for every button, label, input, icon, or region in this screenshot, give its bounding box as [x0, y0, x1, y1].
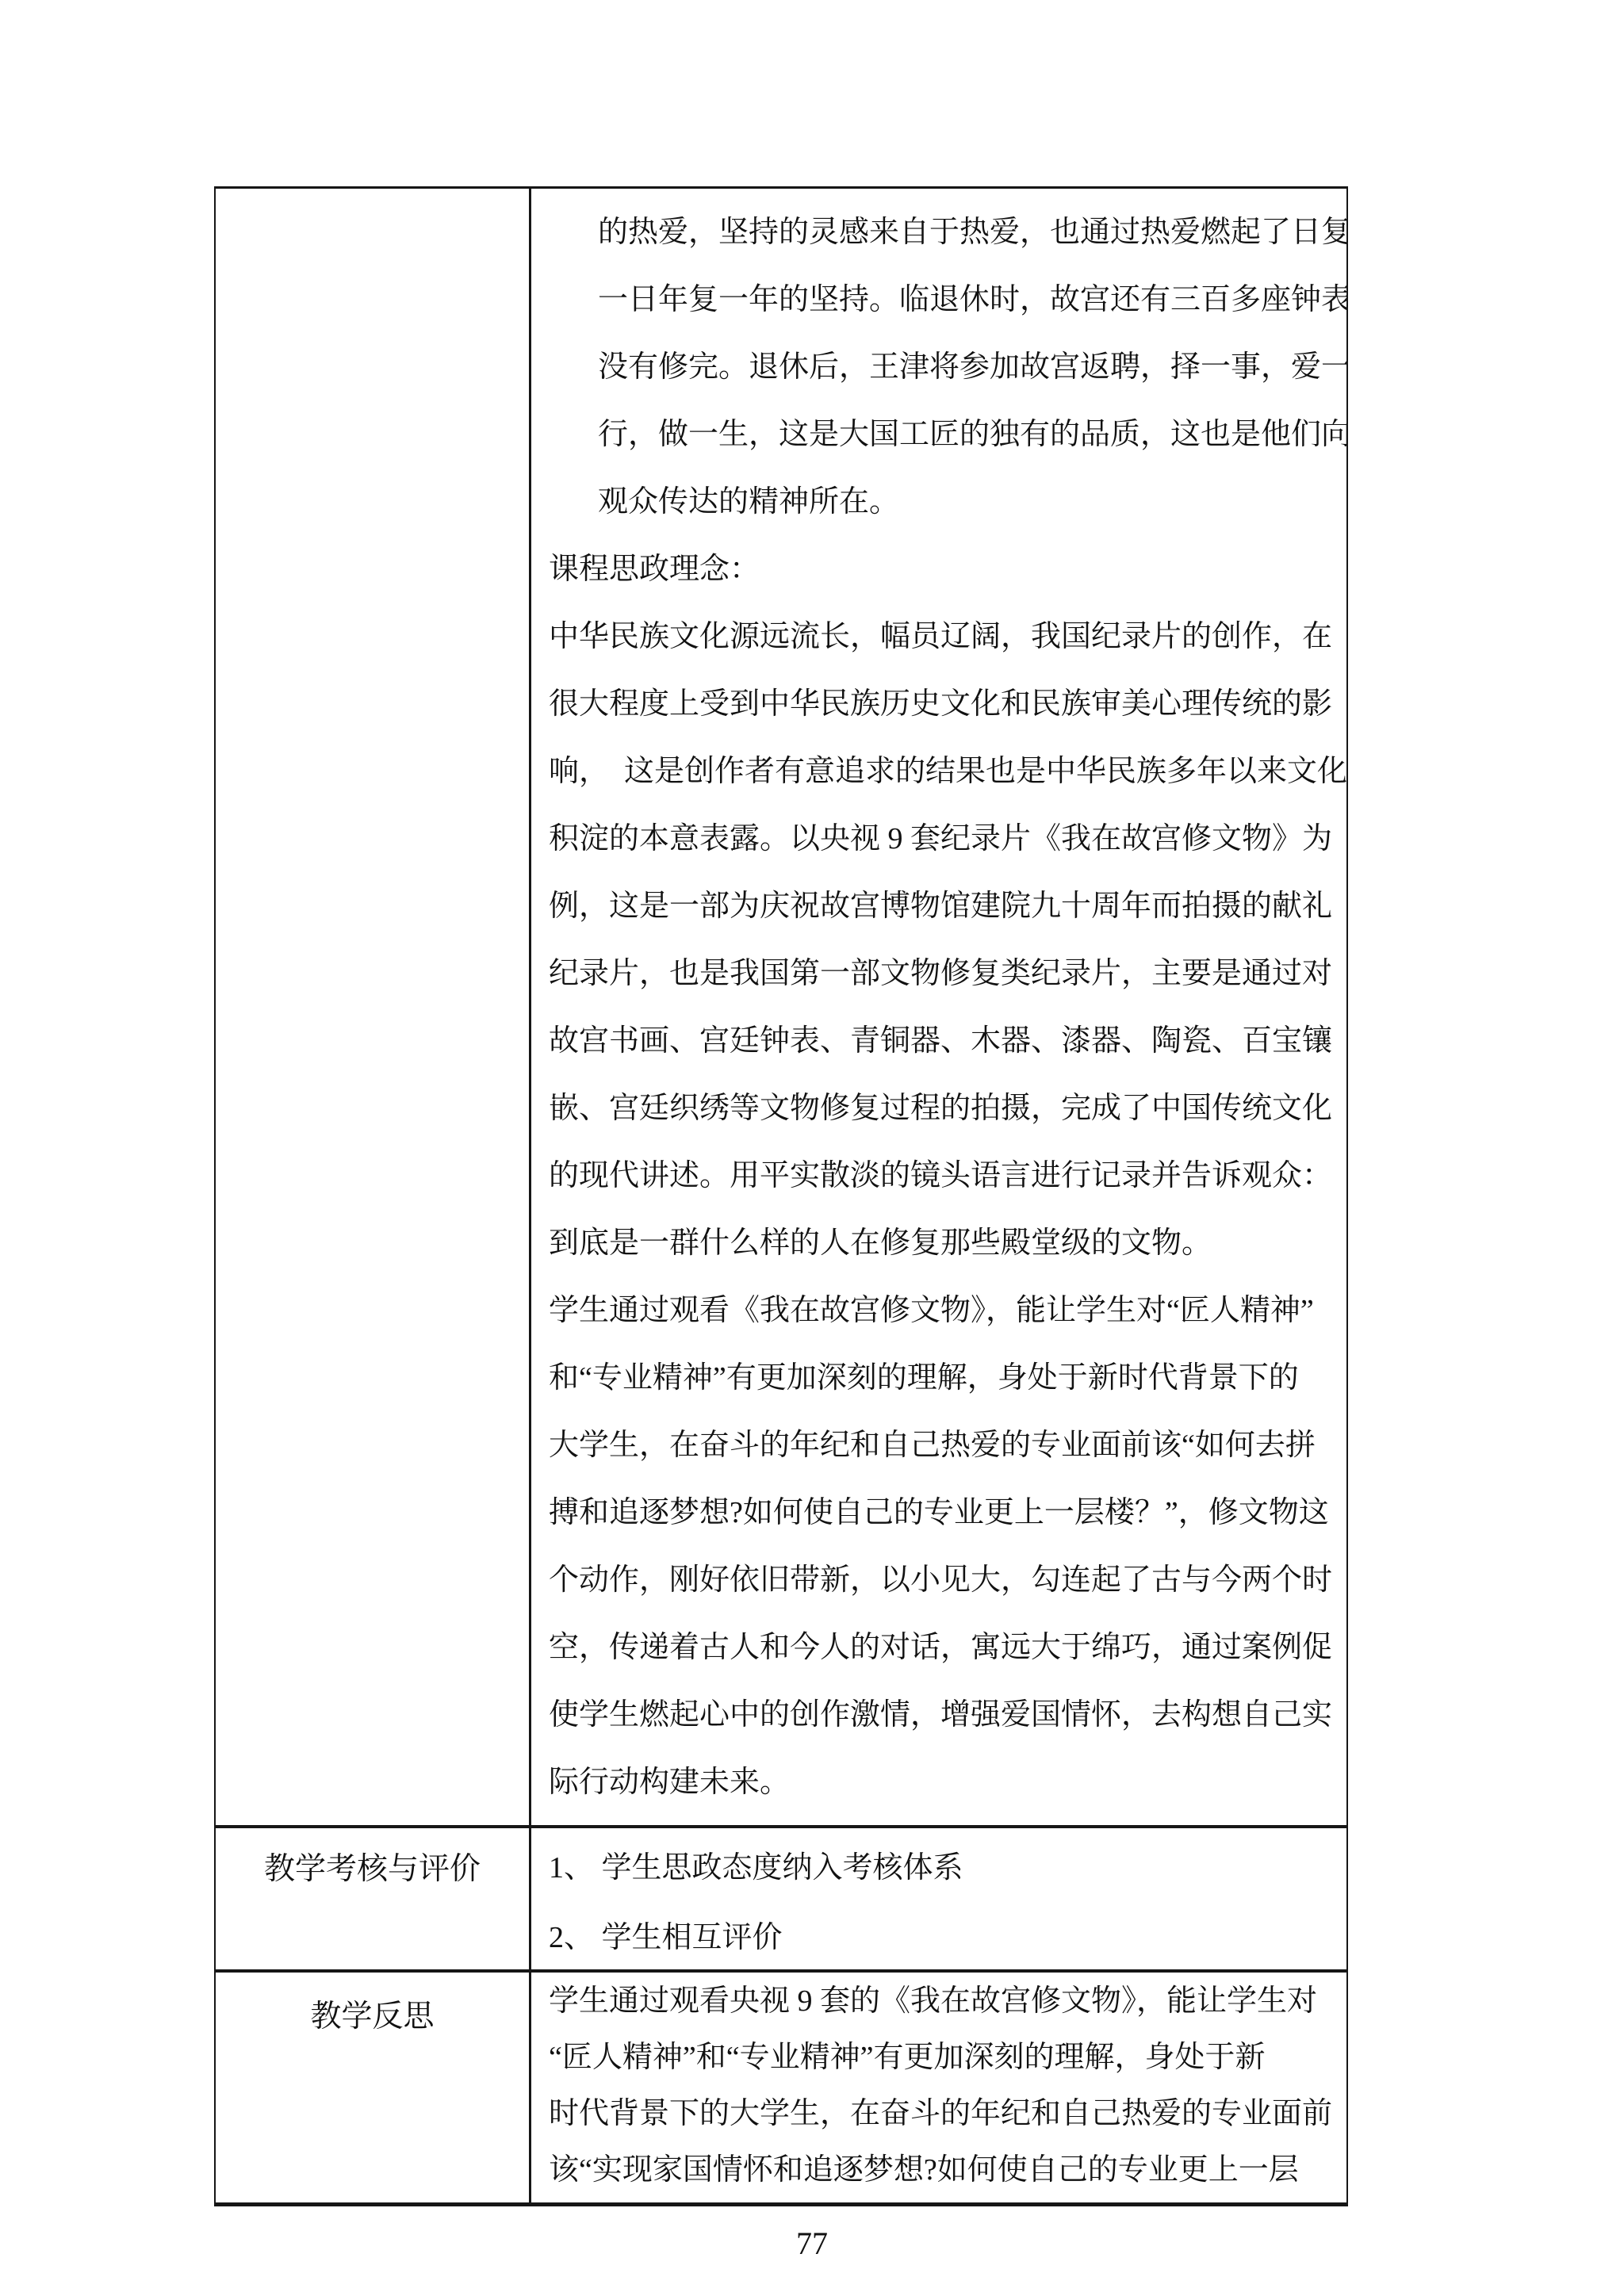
table-row-assessment: 教学考核与评价 1、 学生思政态度纳入考核体系 2、 学生相互评价: [216, 1825, 1346, 1969]
text-line: 个动作，刚好依旧带新，以小见大，勾连起了古与今两个时: [549, 1547, 1334, 1614]
page-number: 77: [0, 2225, 1624, 2263]
text-line: 中华民族文化源远流长，幅员辽阔，我国纪录片的创作，在: [549, 603, 1334, 671]
text-line: 1、 学生思政态度纳入考核体系: [549, 1833, 1334, 1903]
text-line: “匠人精神”和“专业精神”有更加深刻的理解，身处于新: [549, 2030, 1334, 2086]
text-line: 一日年复一年的坚持。临退休时，故宫还有三百多座钟表: [549, 266, 1334, 334]
text-line: 时代背景下的大学生，在奋斗的年纪和自己热爱的专业面前: [549, 2086, 1334, 2142]
text-line: 没有修完。退休后，王津将参加故宫返聘，择一事，爱一: [549, 334, 1334, 401]
table-row-reflection: 教学反思 学生通过观看央视 9 套的《我在故宫修文物》，能让学生对 “匠人精神”…: [216, 1969, 1346, 2202]
row-content-cell: 1、 学生思政态度纳入考核体系 2、 学生相互评价: [531, 1828, 1346, 1969]
row-label-text: 教学考核与评价: [264, 1852, 481, 1886]
table-row-content: 的热爱，坚持的灵感来自于热爱，也通过热爱燃起了日复 一日年复一年的坚持。临退休时…: [216, 189, 1346, 1825]
text-line: 该“实现家国情怀和追逐梦想?如何使自己的专业更上一层: [549, 2142, 1334, 2198]
text-line: 搏和追逐梦想?如何使自己的专业更上一层楼？”，修文物这: [549, 1479, 1334, 1547]
row-label-cell-empty: [216, 189, 531, 1825]
row-content-cell: 的热爱，坚持的灵感来自于热爱，也通过热爱燃起了日复 一日年复一年的坚持。临退休时…: [531, 189, 1346, 1825]
text-line: 使学生燃起心中的创作激情，增强爱国情怀，去构想自己实: [549, 1682, 1334, 1749]
text-line: 行，做一生，这是大国工匠的独有的品质，这也是他们向: [549, 401, 1334, 469]
text-line: 学生通过观看央视 9 套的《我在故宫修文物》，能让学生对: [549, 1973, 1334, 2030]
text-line: 例，这是一部为庆祝故宫博物馆建院九十周年而拍摄的献礼: [549, 873, 1334, 940]
text-line: 际行动构建未来。: [549, 1749, 1334, 1816]
text-line: 大学生，在奋斗的年纪和自己热爱的专业面前该“如何去拼: [549, 1412, 1334, 1479]
row-label-text: 教学反思: [310, 1999, 434, 2034]
text-line: 2、 学生相互评价: [549, 1903, 1334, 1969]
row-label-reflection: 教学反思: [216, 1973, 531, 2202]
text-line: 响， 这是创作者有意追求的结果也是中华民族多年以来文化: [549, 738, 1334, 806]
text-line: 观众传达的精神所在。: [549, 469, 1334, 536]
text-line: 故宫书画、宫廷钟表、青铜器、木器、漆器、陶瓷、百宝镶: [549, 1008, 1334, 1075]
text-line: 积淀的本意表露。以央视 9 套纪录片《我在故宫修文物》为: [549, 806, 1334, 873]
text-line: 的热爱，坚持的灵感来自于热爱，也通过热爱燃起了日复: [549, 199, 1334, 266]
text-line: 很大程度上受到中华民族历史文化和民族审美心理传统的影: [549, 671, 1334, 738]
text-line: 空，传递着古人和今人的对话，寓远大于绵巧，通过案例促: [549, 1614, 1334, 1682]
text-line: 嵌、宫廷织绣等文物修复过程的拍摄，完成了中国传统文化: [549, 1075, 1334, 1142]
text-line: 的现代讲述。用平实散淡的镜头语言进行记录并告诉观众：: [549, 1142, 1334, 1210]
row-content-cell: 学生通过观看央视 9 套的《我在故宫修文物》，能让学生对 “匠人精神”和“专业精…: [531, 1973, 1346, 2202]
text-line: 和“专业精神”有更加深刻的理解，身处于新时代背景下的: [549, 1345, 1334, 1412]
row-label-assessment: 教学考核与评价: [216, 1828, 531, 1969]
text-line: 纪录片，也是我国第一部文物修复类纪录片，主要是通过对: [549, 940, 1334, 1008]
lesson-plan-table: 的热爱，坚持的灵感来自于热爱，也通过热爱燃起了日复 一日年复一年的坚持。临退休时…: [214, 186, 1348, 2206]
text-line: 课程思政理念：: [549, 536, 1334, 603]
text-line: 学生通过观看《我在故宫修文物》，能让学生对“匠人精神”: [549, 1277, 1334, 1345]
text-line: 到底是一群什么样的人在修复那些殿堂级的文物。: [549, 1210, 1334, 1277]
